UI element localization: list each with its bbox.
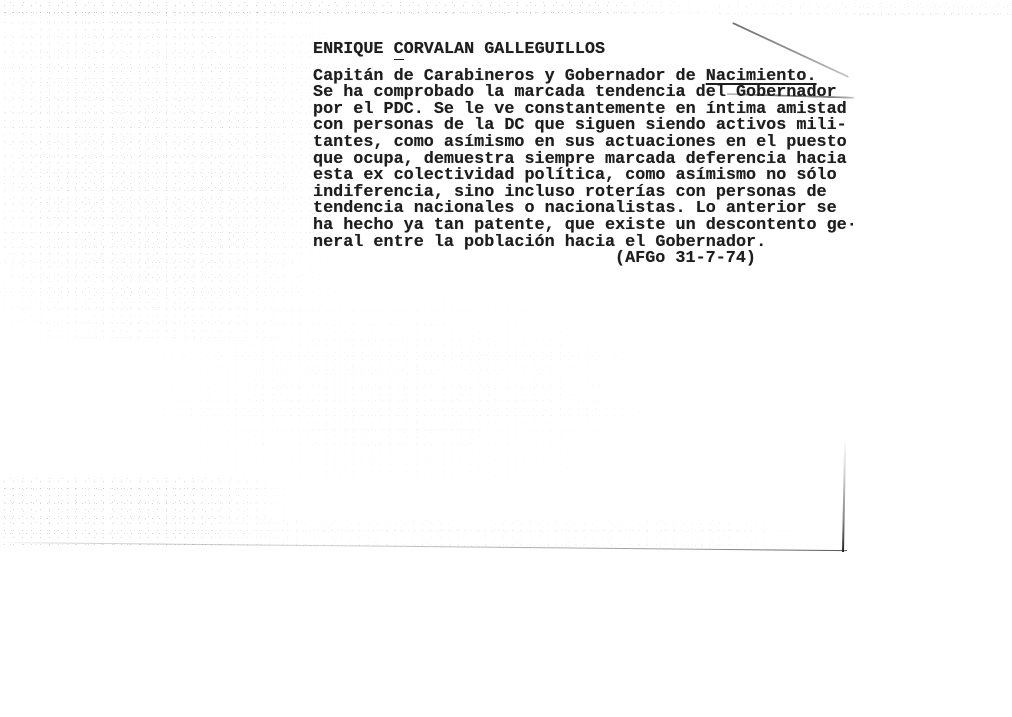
card-bottom-edge — [0, 542, 847, 551]
noise-texture — [130, 520, 830, 546]
title-text-rest: ORVALAN GALLEGUILLOS — [404, 40, 605, 59]
typewritten-line: neral entre la población hacia el Gobern… — [313, 235, 857, 252]
scan-page: ENRIQUE CORVALAN GALLEGUILLOS Capitán de… — [0, 0, 1012, 717]
document-body: Capitán de Carabineros y Gobernador de N… — [313, 69, 857, 252]
card-right-edge — [842, 439, 846, 552]
title-underlined-initial: C — [394, 40, 404, 60]
noise-texture — [30, 60, 290, 300]
document-text-block: ENRIQUE CORVALAN GALLEGUILLOS Capitán de… — [313, 42, 857, 268]
document-title: ENRIQUE CORVALAN GALLEGUILLOS — [313, 42, 857, 59]
noise-texture — [715, 3, 1012, 16]
noise-texture — [0, 478, 300, 546]
noise-texture — [855, 4, 1005, 20]
title-text-prefix: ENRIQUE — [313, 40, 394, 59]
noise-texture — [0, 12, 330, 342]
noise-texture — [160, 300, 640, 480]
noise-texture — [0, 2, 730, 17]
citation-line: (AFGo 31-7-74) — [313, 251, 857, 268]
